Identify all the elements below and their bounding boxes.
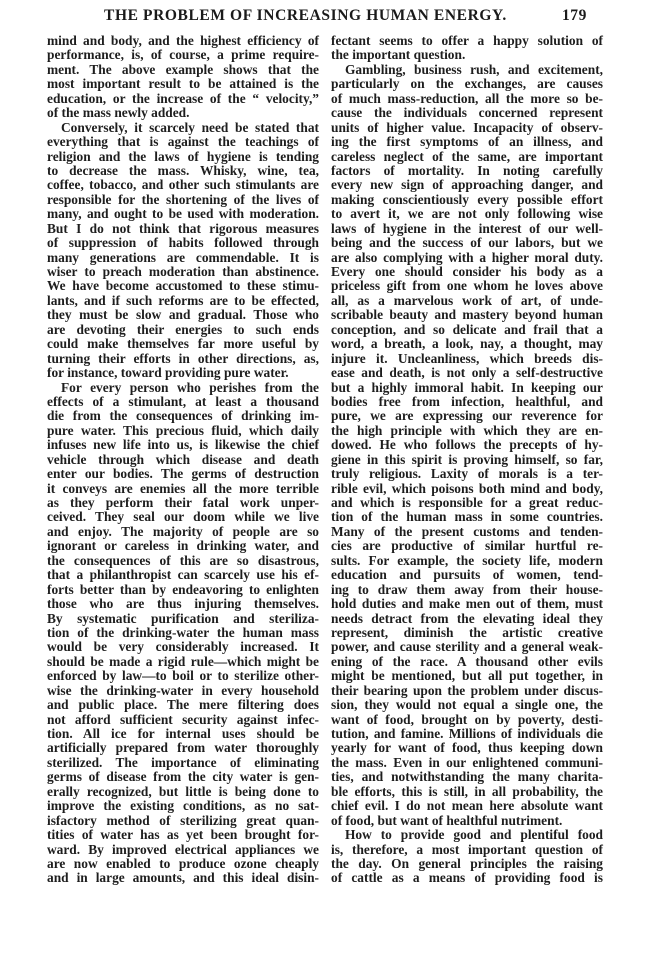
page-title: THE PROBLEM OF INCREASING HUMAN ENERGY. <box>104 7 507 25</box>
text-line: turning their efforts in other direction… <box>47 352 319 366</box>
text-line: improve the existing conditions, as no s… <box>47 799 319 813</box>
text-line: of cattle as a means of providing food i… <box>331 871 603 885</box>
text-line: ening of the race. A thousand other evil… <box>331 655 603 669</box>
text-line: every new sign of approaching danger, an… <box>331 178 603 192</box>
text-line: fectant seems to offer a happy solution … <box>331 34 603 48</box>
text-line: it conveys are enemies all the more terr… <box>47 482 319 496</box>
text-line: Conversely, it scarcely need be stated t… <box>47 121 319 135</box>
text-line: giene in this spirit is proving himself,… <box>331 453 603 467</box>
text-line: many, and ought to be used with moderati… <box>47 207 319 221</box>
text-line: truly religious. Laxity of morals is a t… <box>331 467 603 481</box>
text-line: coffee, tobacco, and other such stimulan… <box>47 178 319 192</box>
text-line: the day. On general principles the raisi… <box>331 857 603 871</box>
text-line: education, or the increase of the “ velo… <box>47 92 319 106</box>
text-line: most important result to be attained is … <box>47 77 319 91</box>
text-line: the consequences of this are so disastro… <box>47 554 319 568</box>
text-line: mind and body, and the highest efficienc… <box>47 34 319 48</box>
text-line: ties, and notwithstanding the many chari… <box>331 770 603 784</box>
text-line: responsible for the shortening of the li… <box>47 193 319 207</box>
text-line: performance, is, of course, a prime requ… <box>47 48 319 62</box>
text-column-left: mind and body, and the highest efficienc… <box>47 34 319 886</box>
text-line: die from the consequences of drinking im… <box>47 409 319 423</box>
text-line: needs detract from the elevating ideal t… <box>331 612 603 626</box>
text-line: units of higher value. Incapacity of obs… <box>331 121 603 135</box>
text-line: hold duties and make men out of them, mu… <box>331 597 603 611</box>
text-line: sion, they would not equal a single one,… <box>331 698 603 712</box>
text-column-right: fectant seems to offer a happy solution … <box>331 34 603 886</box>
text-line: injure it. Uncleanliness, which breeds d… <box>331 352 603 366</box>
text-line: everything that is against the teachings… <box>47 135 319 149</box>
text-line: want of food, brought on by poverty, des… <box>331 713 603 727</box>
text-line: ceived. They seal our doom while we live <box>47 510 319 524</box>
text-line: of food, but want of healthful nutriment… <box>331 814 603 828</box>
text-line: dowed. He who follows the precepts of hy… <box>331 438 603 452</box>
text-line: of much mass-reduction, all the more so … <box>331 92 603 106</box>
text-line: should be made a rigid rule—which might … <box>47 655 319 669</box>
text-line: word, a breath, a look, nay, a thought, … <box>331 337 603 351</box>
text-line: ease and death, is not only a self-destr… <box>331 366 603 380</box>
text-line: but a highly immoral habit. In keeping o… <box>331 381 603 395</box>
text-line: yearly for want of food, thus keeping do… <box>331 741 603 755</box>
text-line: enter our bodies. The germs of destructi… <box>47 467 319 481</box>
text-line: factors of mortality. In noting carefull… <box>331 164 603 178</box>
text-line: pure water. This precious fluid, which d… <box>47 424 319 438</box>
text-line: and enjoy. The majority of people are so <box>47 525 319 539</box>
text-line: Many of the present customs and tenden- <box>331 525 603 539</box>
text-line: pure, we are expressing our reverence fo… <box>331 409 603 423</box>
text-line: artificially prepared from water thoroug… <box>47 741 319 755</box>
text-line: as they perform their fatal work unper- <box>47 496 319 510</box>
text-line: particularly on the exchanges, are cause… <box>331 77 603 91</box>
text-line: ment. The above example shows that the <box>47 63 319 77</box>
text-line: tion. All ice for internal uses should b… <box>47 727 319 741</box>
text-line: lants, and if such reforms are to be eff… <box>47 294 319 308</box>
text-line: that a philanthropist can scarcely use h… <box>47 568 319 582</box>
text-line: germs of disease from the city water is … <box>47 770 319 784</box>
text-line: tion of the human mass in some countries… <box>331 510 603 524</box>
text-line: erally recognized, but little is being d… <box>47 785 319 799</box>
text-line: tion of the drinking-water the human mas… <box>47 626 319 640</box>
text-line: not afford sufficient security against i… <box>47 713 319 727</box>
text-line: all, as a marvelous work of art, of unde… <box>331 294 603 308</box>
text-line: cies are productive of similar hurtful r… <box>331 539 603 553</box>
text-line: ing the first symptoms of an illness, an… <box>331 135 603 149</box>
text-line: the high principle with which they are e… <box>331 424 603 438</box>
text-line: We have become accustomed to these stimu… <box>47 279 319 293</box>
text-line: they must be slow and gradual. Those who <box>47 308 319 322</box>
text-line: wiser to preach moderation than abstinen… <box>47 265 319 279</box>
text-line: and in large amounts, and this ideal dis… <box>47 871 319 885</box>
text-line: forts better than by endeavoring to enli… <box>47 583 319 597</box>
text-line: education and pursuits of women, tend- <box>331 568 603 582</box>
text-line: religion and the laws of hygiene is tend… <box>47 150 319 164</box>
text-line: could make themselves far more useful by <box>47 337 319 351</box>
text-line: being and the success of our labors, but… <box>331 236 603 250</box>
page-number: 179 <box>562 7 587 25</box>
text-line: are now enabled to produce ozone cheaply <box>47 857 319 871</box>
text-line: sults. For example, the society life, mo… <box>331 554 603 568</box>
text-line: conception, and so delicate and frail th… <box>331 323 603 337</box>
text-line: are also complying with a higher moral d… <box>331 251 603 265</box>
text-line: ignorant or careless in drinking water, … <box>47 539 319 553</box>
running-head: THE PROBLEM OF INCREASING HUMAN ENERGY. … <box>104 6 587 26</box>
text-line: isfactory method of sterilizing great qu… <box>47 814 319 828</box>
text-line: are devoting their energies to such ends <box>47 323 319 337</box>
text-line: cause the individuals concerned represen… <box>331 106 603 120</box>
text-line: to avert it, we are not only following w… <box>331 207 603 221</box>
text-line: represent, diminish the artistic creativ… <box>331 626 603 640</box>
text-line: tution, and famine. Millions of individu… <box>331 727 603 741</box>
text-line: rible evil, which poisons both mind and … <box>331 482 603 496</box>
text-line: of the mass newly added. <box>47 106 319 120</box>
text-line: scribable beauty and mastery beyond huma… <box>331 308 603 322</box>
text-line: effects of a stimulant, at least a thous… <box>47 395 319 409</box>
text-line: tities of water has as yet been brought … <box>47 828 319 842</box>
text-line: is, therefore, a most important question… <box>331 843 603 857</box>
text-line: wise the drinking-water in every househo… <box>47 684 319 698</box>
text-line: vehicle through which disease and death <box>47 453 319 467</box>
text-line: infuses new life into us, is likewise th… <box>47 438 319 452</box>
text-line: and public place. The mere filtering doe… <box>47 698 319 712</box>
text-line: of suppression of habits followed throug… <box>47 236 319 250</box>
text-line: those who are thus injuring themselves. <box>47 597 319 611</box>
text-line: sterilized. The importance of eliminatin… <box>47 756 319 770</box>
text-line: enforced by law—to boil or to sterilize … <box>47 669 319 683</box>
text-line: Gambling, business rush, and excitement, <box>331 63 603 77</box>
text-line: bodies free from infection, healthful, a… <box>331 395 603 409</box>
text-line: ble efforts, this is still, in all proba… <box>331 785 603 799</box>
text-line: Every one should consider his body as a <box>331 265 603 279</box>
text-line: their bearing upon the problem under dis… <box>331 684 603 698</box>
text-line: ing to draw them away from their house- <box>331 583 603 597</box>
text-line: For every person who perishes from the <box>47 381 319 395</box>
text-line: for instance, toward providing pure wate… <box>47 366 319 380</box>
text-line: But I do not think that rigorous measure… <box>47 222 319 236</box>
text-line: would be very considerably increased. It <box>47 640 319 654</box>
text-line: careless neglect of the same, are import… <box>331 150 603 164</box>
text-line: and which is responsible for a great red… <box>331 496 603 510</box>
text-line: the important question. <box>331 48 603 62</box>
text-line: laws of hygiene in the interest of our w… <box>331 222 603 236</box>
text-line: many generations are commendable. It is <box>47 251 319 265</box>
text-line: making conscientiously every possible ef… <box>331 193 603 207</box>
text-line: ward. By improved electrical appliances … <box>47 843 319 857</box>
text-line: the mass. Even in our enlightened commun… <box>331 756 603 770</box>
text-line: to decrease the mass. Whisky, wine, tea, <box>47 164 319 178</box>
text-line: How to provide good and plentiful food <box>331 828 603 842</box>
text-line: might be mentioned, but all put together… <box>331 669 603 683</box>
text-line: priceless gift from one whom he loves ab… <box>331 279 603 293</box>
text-line: power, and cause sterility and a general… <box>331 640 603 654</box>
text-line: By systematic purification and steriliza… <box>47 612 319 626</box>
text-line: chief evil. I do not mean here absolute … <box>331 799 603 813</box>
